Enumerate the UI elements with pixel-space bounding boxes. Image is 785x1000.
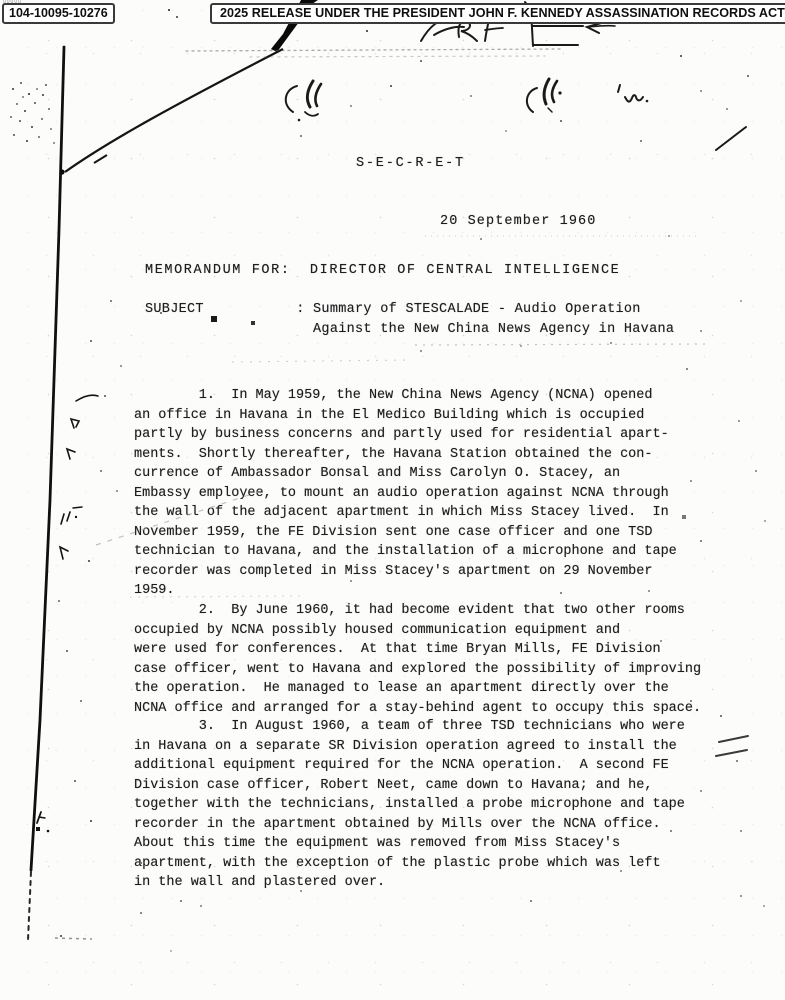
- paren-mark-left: [286, 81, 321, 121]
- release-banner: 2025 RELEASE UNDER THE PRESIDENT JOHN F.…: [210, 3, 785, 24]
- paragraph-3: 3. In August 1960, a team of three TSD t…: [134, 717, 685, 893]
- diagonal-crease: [65, 0, 318, 172]
- document-date: 20 September 1960: [440, 212, 596, 232]
- paragraph-1: 1. In May 1959, the New China News Agenc…: [134, 386, 677, 601]
- paren-mark-right: [527, 79, 562, 112]
- scan-noise-cluster: [0, 0, 2, 2]
- record-number: 104-10095-10276: [9, 6, 108, 20]
- fold-line: [28, 47, 65, 940]
- margin-marks-left: [36, 395, 98, 832]
- release-banner-text: 2025 RELEASE UNDER THE PRESIDENT JOHN F.…: [220, 6, 785, 20]
- subject-block: SUBJECT : Summary of STESCALADE - Audio …: [145, 300, 674, 339]
- slash-mark: [716, 127, 746, 150]
- w-squiggle-mark: [618, 85, 648, 102]
- record-number-box: 104-10095-10276: [2, 3, 115, 24]
- margin-dashes-right: [716, 736, 748, 756]
- paragraph-2: 2. By June 1960, it had become evident t…: [134, 601, 701, 718]
- document-page: 00000 104-10095-10276 2025 RELEASE UNDER…: [0, 0, 785, 1000]
- memorandum-for-line: MEMORANDUM FOR: DIRECTOR OF CENTRAL INTE…: [145, 261, 620, 281]
- classification-marking: S-E-C-R-E-T: [356, 154, 465, 174]
